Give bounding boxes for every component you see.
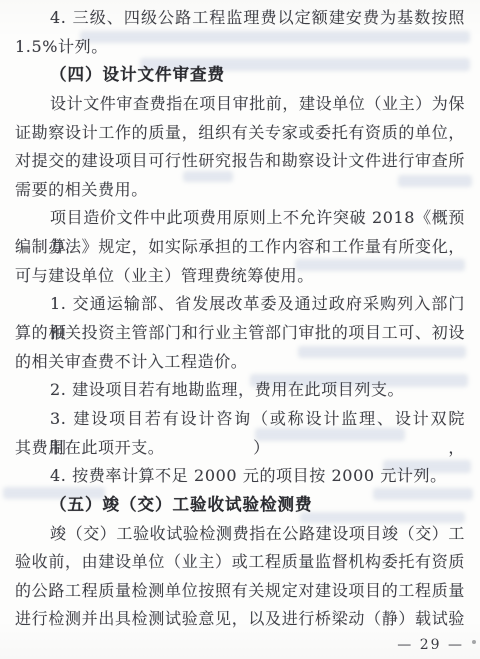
- text-line: 3. 建设项目若有设计咨询（或称设计监理、设计双院制），: [15, 405, 465, 434]
- text-line: 1.5%计列。: [15, 33, 465, 62]
- scan-speck: [472, 640, 476, 644]
- text-line: 1. 交通运输部、省发展改革委及通过政府采购列入部门预: [15, 290, 465, 319]
- text-line: 2. 建设项目若有地勘监理，费用在此项目列支。: [15, 376, 465, 405]
- page-number: — 29 —: [397, 637, 464, 653]
- document-page: 4. 三级、四级公路工程监理费以定额建安费为基数按照1.5%计列。（四）设计文件…: [0, 0, 480, 659]
- section-heading: （四）设计文件审查费: [15, 61, 465, 90]
- document-content: 4. 三级、四级公路工程监理费以定额建安费为基数按照1.5%计列。（四）设计文件…: [15, 4, 465, 634]
- text-line: 的相关审查费不计入工程造价。: [15, 348, 465, 377]
- text-line: 算的相关投资主管部门和行业主管部门审批的项目工可、初设: [15, 319, 465, 348]
- text-line: 项目造价文件中此项费用原则上不允许突破 2018《概预算: [15, 204, 465, 233]
- text-line: 的公路工程质量检测单位按照有关规定对建设项目的工程质量: [15, 577, 465, 606]
- text-line: 对提交的建设项目可行性研究报告和勘察设计文件进行审查所: [15, 147, 465, 176]
- text-line: 4. 三级、四级公路工程监理费以定额建安费为基数按照: [15, 4, 465, 33]
- text-line: 竣（交）工验收试验检测费指在公路建设项目竣（交）工: [15, 520, 465, 549]
- text-line: 证勘察设计工作的质量，组织有关专家或委托有资质的单位，: [15, 119, 465, 148]
- text-line: 设计文件审查费指在项目审批前，建设单位（业主）为保: [15, 90, 465, 119]
- text-line: 可与建设单位（业主）管理费统筹使用。: [15, 262, 465, 291]
- text-line: 需要的相关费用。: [15, 176, 465, 205]
- text-line: 进行检测并出具检测试验意见，以及进行桥梁动（静）载试验: [15, 605, 465, 634]
- text-line: 验收前，由建设单位（业主）或工程质量监督机构委托有资质: [15, 548, 465, 577]
- text-line: 编制办法》规定，如实际承担的工作内容和工作量有所变化，: [15, 233, 465, 262]
- text-line: 4. 按费率计算不足 2000 元的项目按 2000 元计列。: [15, 462, 465, 491]
- section-heading: （五）竣（交）工验收试验检测费: [15, 491, 465, 520]
